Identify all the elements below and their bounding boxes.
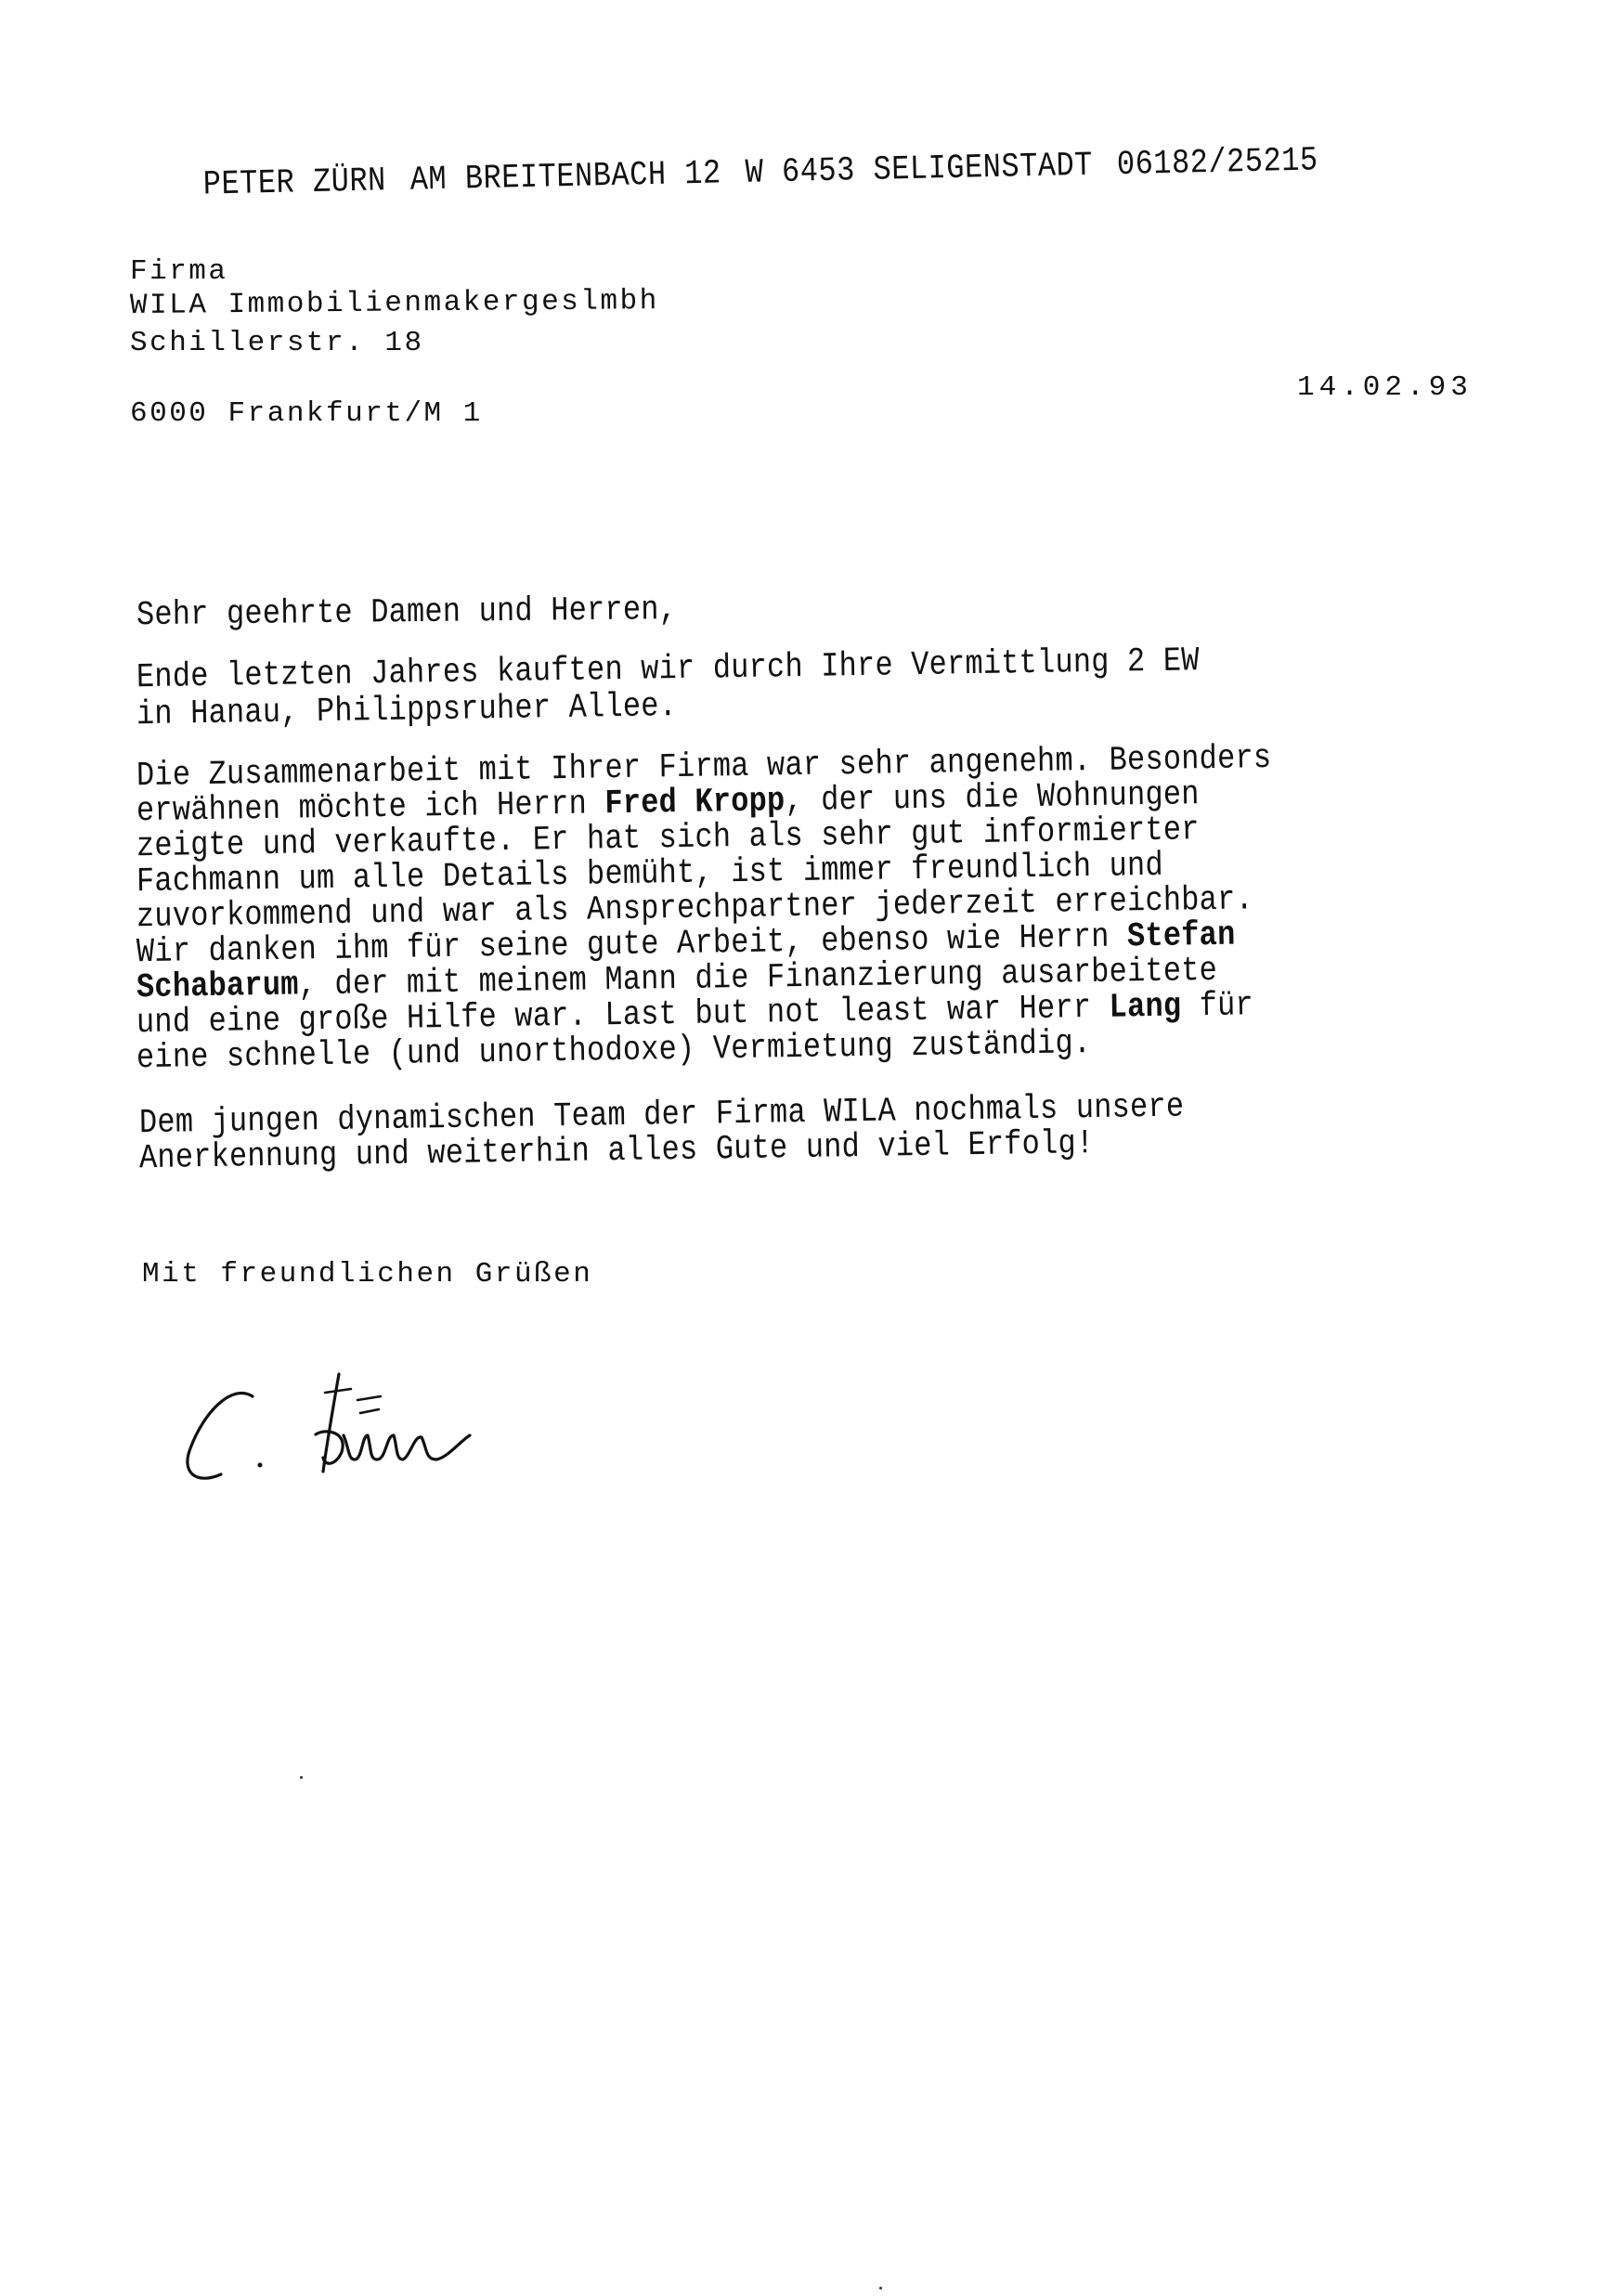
text-run: für — [1181, 985, 1253, 1026]
sender-name: PETER ZÜRN — [202, 161, 386, 204]
sender-street: AM BREITENBACH 12 — [409, 153, 721, 200]
signature — [176, 1356, 566, 1485]
salutation: Sehr geehrte Damen und Herren, — [136, 590, 677, 634]
letter-date: 14.02.93 — [1297, 371, 1473, 404]
recipient-street: Schillerstr. 18 — [130, 327, 424, 360]
name-lang: Lang — [1109, 986, 1181, 1027]
sender-city: SELIGENSTADT — [873, 146, 1093, 190]
scan-speck — [879, 2287, 882, 2290]
sender-phone: 06182/25215 — [1116, 140, 1318, 184]
recipient-line-1: Firma — [130, 255, 228, 289]
recipient-city: 6000 Frankfurt/M 1 — [130, 397, 483, 431]
scan-speck — [300, 1776, 303, 1779]
closing: Mit freundlichen Grüßen — [142, 1258, 592, 1291]
letterhead: PETER ZÜRNAM BREITENBACH 12W 6453 SELIGE… — [129, 101, 1319, 246]
paragraph-1-line-2: in Hanau, Philippsruher Allee. — [136, 687, 678, 734]
sender-postal-code: W 6453 — [745, 150, 855, 192]
name-stefan: Stefan — [1127, 915, 1236, 956]
letter-page: PETER ZÜRNAM BREITENBACH 12W 6453 SELIGE… — [0, 0, 1610, 2296]
recipient-company: WILA Immobilienmakergeslmbh — [130, 285, 659, 323]
